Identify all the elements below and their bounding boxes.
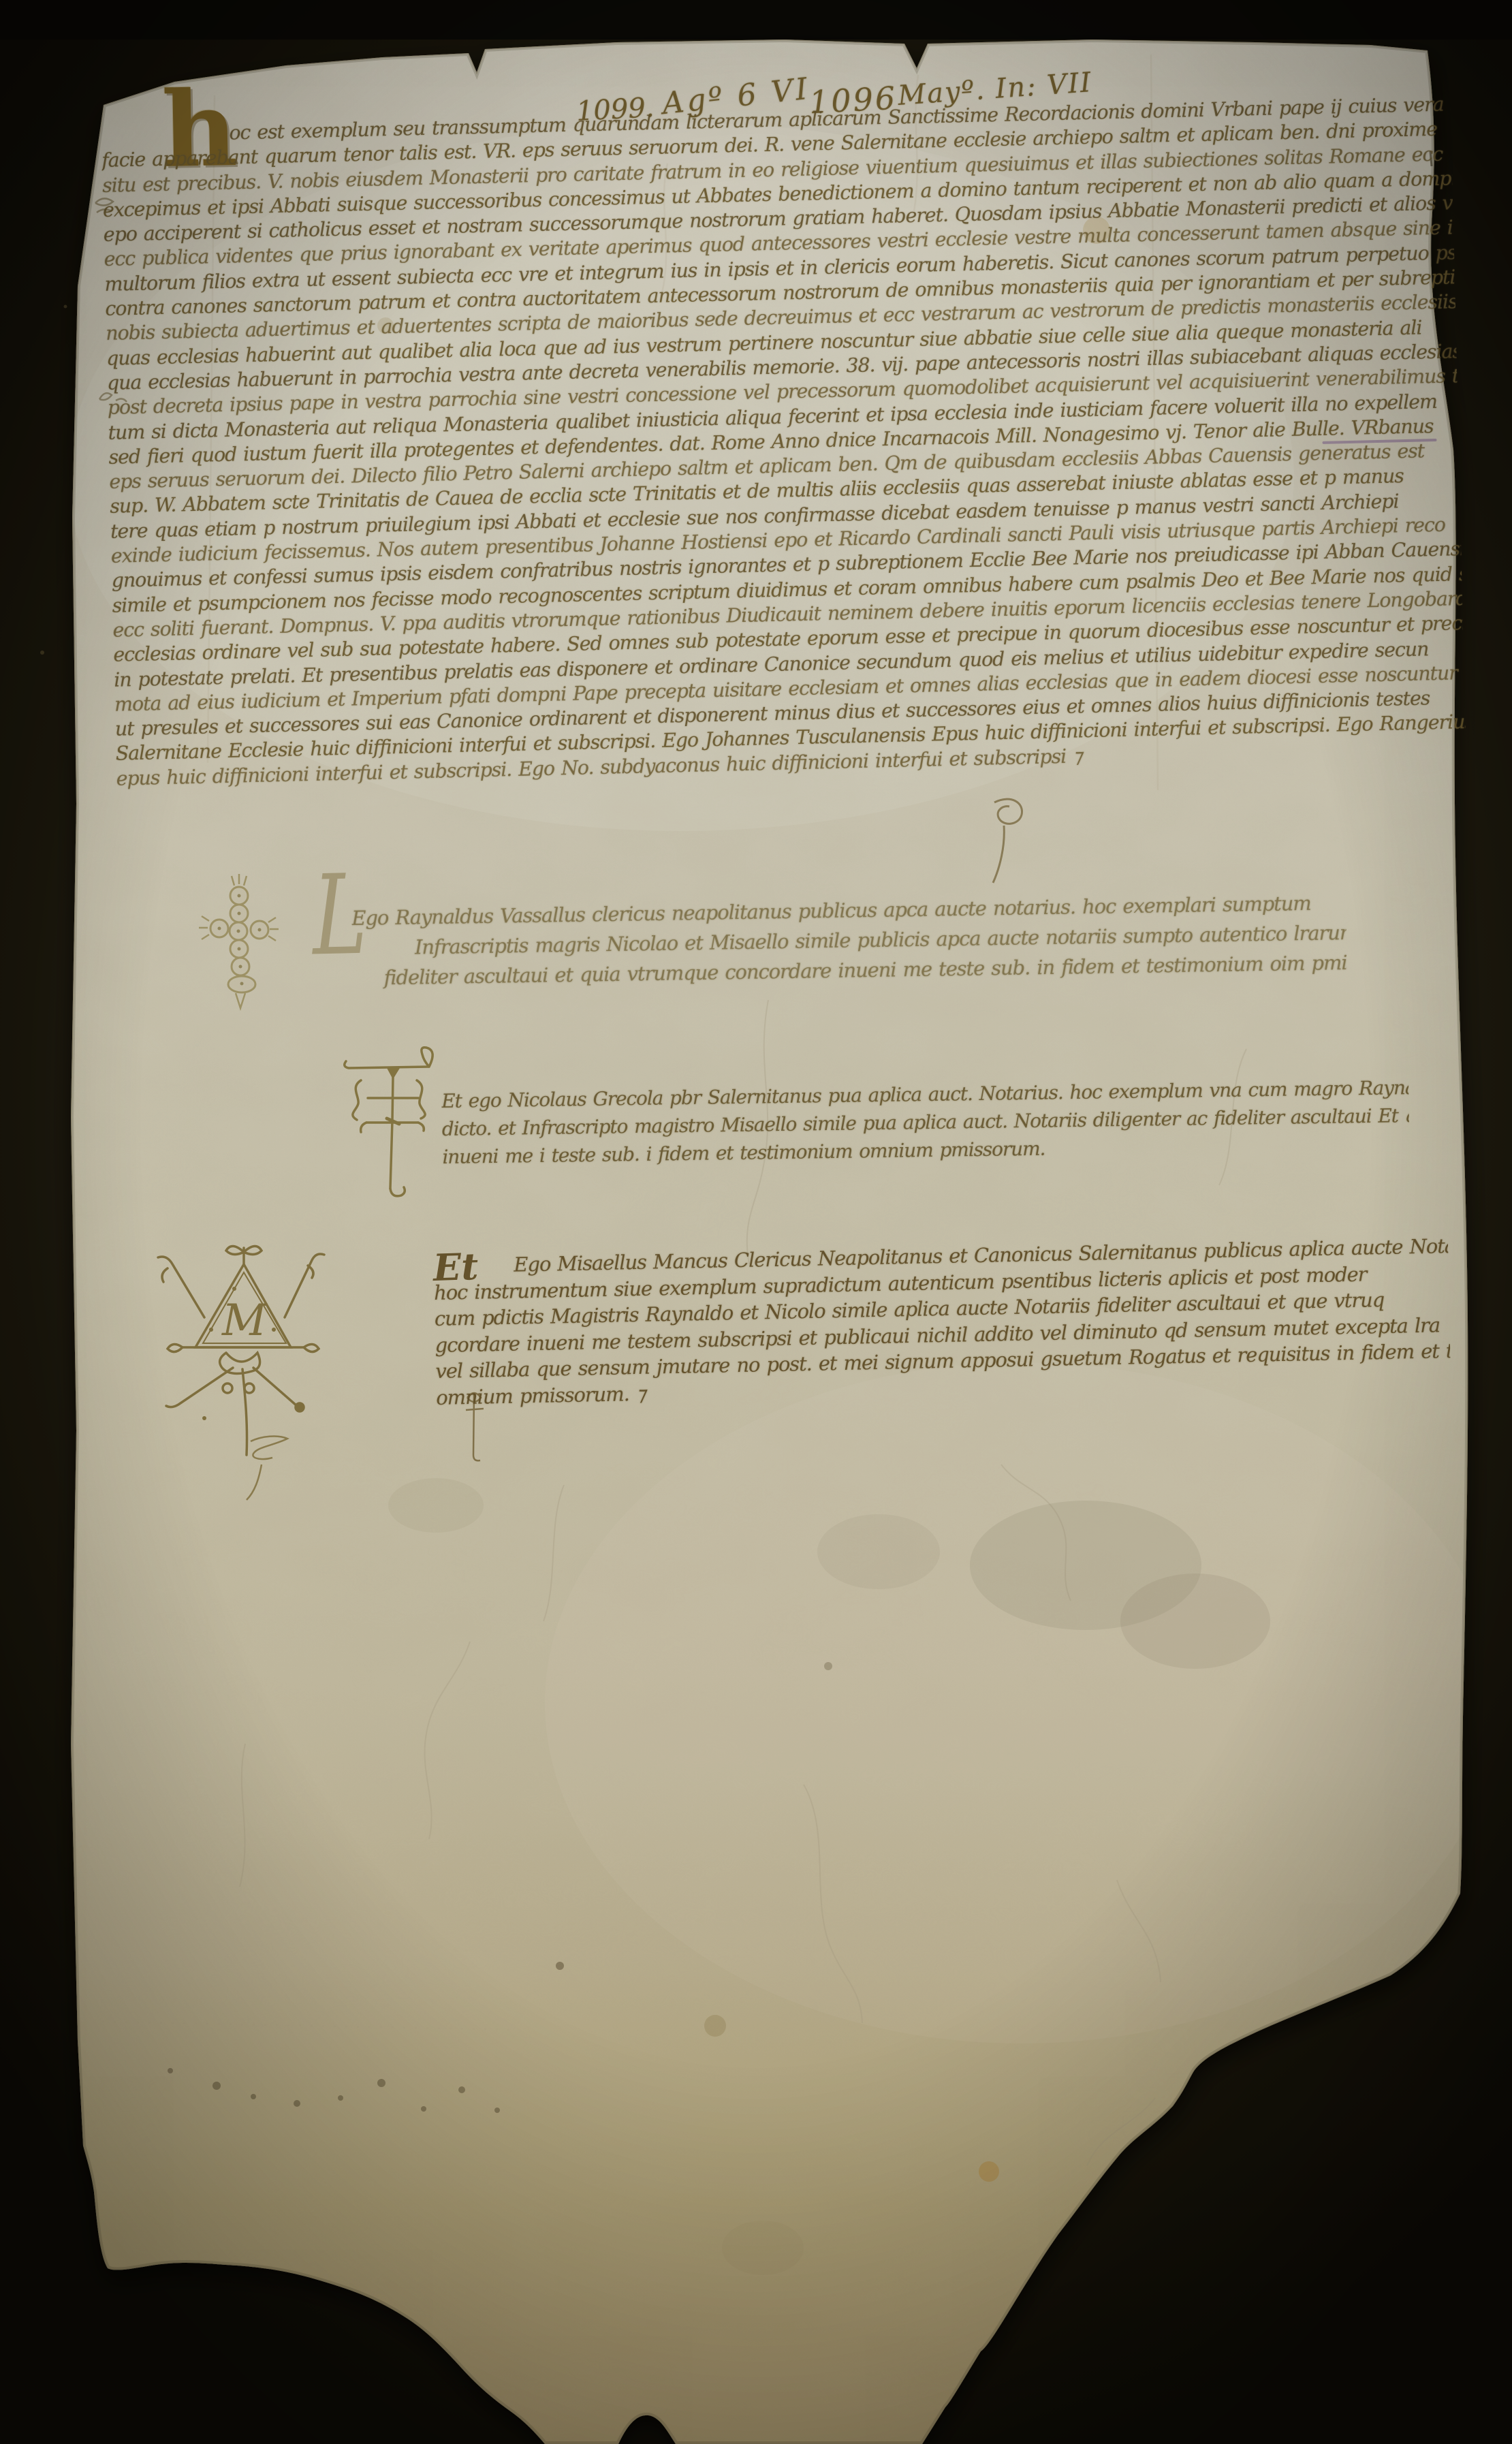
subscription3-text-block: Ego Misaellus Mancus Clericus Neapolitan… [433, 1233, 1451, 1414]
manuscript-photo: M 1099. Agº 6 VI 1096 Mayº. In: VII h oc [0, 0, 1512, 2444]
handwritten-text-layer: 1099. Agº 6 VI 1096 Mayº. In: VII h oc e… [0, 0, 1512, 2444]
charter-text-block: oc est exemplum seu transsumptum quarund… [101, 92, 1466, 808]
subscription2-text-block: Et ego Nicolaus Grecola pbr Salernitanus… [441, 1074, 1410, 1177]
subscription1-text-block: Ego Raynaldus Vassallus clericus neapoli… [351, 888, 1347, 999]
